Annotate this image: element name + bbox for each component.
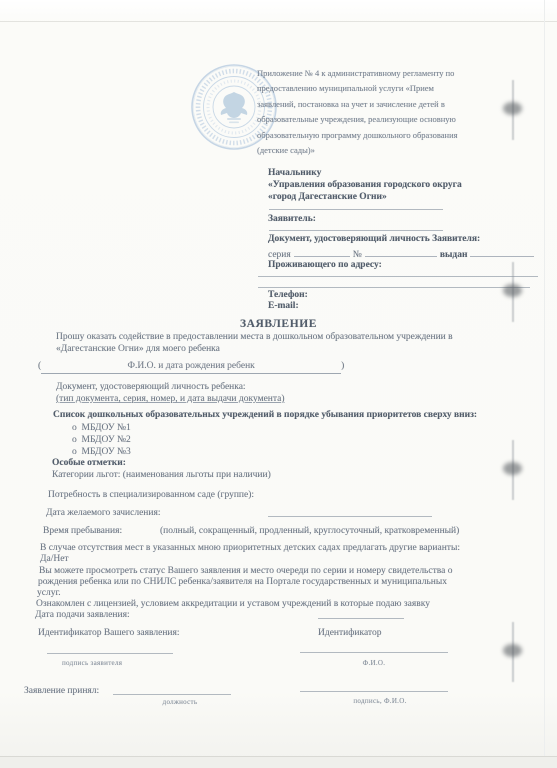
status-line3: услуг. xyxy=(37,588,61,600)
fio-hint: Ф.И.О. xyxy=(300,658,448,670)
dou-item-label: МБДОУ №1 xyxy=(82,423,131,433)
staple-mark xyxy=(500,440,526,500)
phone-label: Телефон: xyxy=(268,290,308,302)
seal-eagle-emblem xyxy=(221,92,248,123)
series-blank-field xyxy=(294,247,350,257)
address-label: Проживающего по адресу: xyxy=(268,260,382,272)
applicant-label: Заявитель: xyxy=(268,214,316,226)
bullet-circle-icon: o xyxy=(72,447,77,457)
annex-line: Приложение № 4 к административному регла… xyxy=(257,66,458,81)
staple-mark xyxy=(500,80,526,140)
stay-time-options: (полный, сокращенный, продленный, кругло… xyxy=(160,526,459,538)
your-application-id-label: Идентификатор Вашего заявления: xyxy=(38,628,180,640)
applicant-doc-label: Документ, удостоверяющий личность Заявит… xyxy=(268,234,480,246)
annex-line: образовательную программу дошкольного об… xyxy=(257,128,458,143)
staple-mark xyxy=(500,262,526,322)
issued-blank-field xyxy=(470,247,534,257)
annex-line: образовательные учреждения, реализующие … xyxy=(257,112,458,127)
number-label: № xyxy=(353,250,362,260)
child-doc-label: Документ, удостоверяющий личность ребенк… xyxy=(56,382,246,394)
dou-item-label: МБДОУ №3 xyxy=(82,447,131,457)
dou-list-header: Список дошкольных образовательных учрежд… xyxy=(53,410,477,422)
desired-date-blank-field xyxy=(268,516,432,517)
position-blank-field xyxy=(113,694,231,695)
no-places-line: В случае отсутствия мест в указанных мно… xyxy=(40,543,460,555)
child-doc-hint: (тип документа, серия, номер, и дата выд… xyxy=(56,394,285,406)
application-accepted-label: Заявление принял: xyxy=(24,686,99,698)
form-title: ЗАЯВЛЕНИЕ xyxy=(0,319,557,331)
applicant-signature-hint: подпись заявителя xyxy=(62,658,122,670)
scanned-application-form: Приложение № 4 к административному регла… xyxy=(0,0,557,768)
dou-item-label: МБДОУ №2 xyxy=(82,435,131,445)
addressee-org-line1: «Управления образования городского округ… xyxy=(268,180,462,192)
position-hint: должность xyxy=(140,697,220,709)
submit-date-label: Дата подачи заявления: xyxy=(35,610,130,622)
dou-list-item: o МБДОУ №2 xyxy=(72,435,131,447)
bullet-circle-icon: o xyxy=(72,435,77,445)
applicant-signature-blank xyxy=(47,653,173,654)
dou-list-item: o МБДОУ №3 xyxy=(72,447,131,459)
desired-date-label: Дата желаемого зачисления: xyxy=(46,508,161,520)
addressee-to: Начальнику xyxy=(268,168,321,180)
special-group-label: Потребность в специализированном саде (г… xyxy=(48,490,254,502)
child-fio-row: (Ф.И.О. и дата рождения ребенк) xyxy=(38,361,344,374)
bullet-circle-icon: o xyxy=(72,423,77,433)
paper-crease-line xyxy=(544,0,545,768)
staple-mark xyxy=(500,622,526,682)
fio-blank-line xyxy=(300,652,448,653)
stay-time-label: Время пребывания: xyxy=(43,526,122,538)
blank-line xyxy=(269,209,443,210)
acceptor-sign-fio-hint: подпись, Ф.И.О. xyxy=(310,696,450,708)
identifier-label: Идентификатор xyxy=(318,628,381,640)
address-blank-line2 xyxy=(258,287,530,288)
request-line1: Прошу оказать содействие в предоставлени… xyxy=(56,332,453,344)
annex-line: предоставлению муниципальной услуги «При… xyxy=(257,81,458,96)
license-line: Ознакомлен с лицензией, условием аккреди… xyxy=(36,599,430,611)
status-line2: рождения ребенка или по СНИЛС ребенка/за… xyxy=(38,577,447,589)
paren-close: ) xyxy=(341,361,344,371)
issued-label: выдан xyxy=(440,250,468,260)
annex-line: (детские сады)» xyxy=(257,143,458,158)
annex-note: Приложение № 4 к административному регла… xyxy=(257,66,458,158)
address-blank-line1 xyxy=(258,276,538,277)
dou-list-item: o МБДОУ №1 xyxy=(72,423,131,435)
number-blank-field xyxy=(365,247,437,257)
series-label: серия xyxy=(268,250,291,260)
yes-no-label: Да/Нет xyxy=(40,554,69,566)
benefits-label: Категории льгот: (наименования льготы пр… xyxy=(52,470,271,482)
submit-date-blank-field xyxy=(318,618,404,619)
blank-line xyxy=(269,230,443,231)
addressee-org-line2: «город Дагестанские Огни» xyxy=(268,192,387,204)
request-line2: «Дагестанские Огни» для моего ребенка xyxy=(56,344,220,356)
acceptor-sign-blank-field xyxy=(300,691,448,692)
scanner-background-strip xyxy=(0,757,557,768)
email-label: E-mail: xyxy=(268,301,299,313)
annex-line: заявлений, постановка на учет и зачислен… xyxy=(257,97,458,112)
paper-top-edge xyxy=(0,21,557,22)
status-line1: Вы можете просмотреть статус Вашего заяв… xyxy=(39,566,452,578)
special-marks-header: Особые отметки: xyxy=(52,458,126,470)
child-fio-blank-field: Ф.И.О. и дата рождения ребенк xyxy=(41,361,341,374)
